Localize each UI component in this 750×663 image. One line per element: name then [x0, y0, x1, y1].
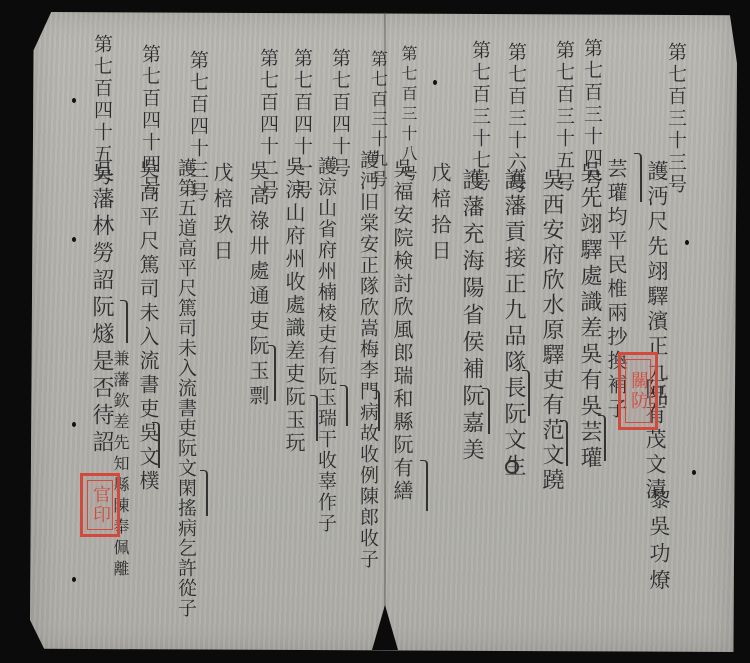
entry-body-738: 吳福安院検討欣風郎瑞和縣阮有繕 — [392, 158, 412, 503]
entry-body-741: 吳涼山府州收處識差吏阮玉玩 — [284, 156, 304, 455]
ink-dot — [72, 98, 76, 103]
ink-dot — [692, 470, 696, 475]
date-marker-9: 戊棓玖日 — [212, 162, 232, 266]
entry-body-743: 護第五道高平尺篤司未入流書吏阮文閑搖病乞許從子 — [176, 158, 195, 618]
circle-mark — [505, 460, 519, 474]
signature-line: 兼藩欽差先知縣陳奉佩離 — [112, 350, 128, 581]
entry-note-733: 黎吳功燎 — [648, 488, 669, 596]
entry-body-734: 吳先翊驛處識差吳有吳芸瓘 — [578, 160, 600, 472]
entry-body-737: 護藩充海陽省侯補阮嘉美 — [460, 168, 482, 465]
bracket-mark — [598, 415, 606, 461]
bracket-mark — [482, 388, 490, 434]
bracket-mark — [200, 470, 208, 516]
ink-dot — [685, 240, 689, 245]
bracket-mark — [268, 345, 276, 401]
bracket-mark — [340, 385, 348, 426]
bracket-mark — [420, 460, 428, 511]
red-seal-upper: 關防 — [618, 352, 658, 430]
ink-dot — [72, 422, 76, 427]
entry-body-742: 吳高祿卅處通吏阮玉剽 — [248, 160, 268, 410]
paper-tear — [372, 605, 398, 650]
red-seal-lower: 官印 — [80, 473, 120, 537]
entry-body-745: 吳藩林勞詔阮燧是否待詔 — [90, 160, 112, 457]
bracket-mark — [152, 422, 160, 468]
entry-body-735: 吳西安府欣水原驛吏有范文蹺 — [540, 168, 562, 493]
bracket-mark — [522, 370, 530, 416]
date-marker-10: 戊棓拾日 — [430, 162, 450, 266]
bracket-mark — [310, 395, 318, 441]
entry-body-739: 護沔旧棠安正隊欣嵩梅李門病故收例陳郎收子 — [358, 150, 377, 570]
entry-body-740: 護涼山省府州楠棱吏有阮玉瑞干收辜作子 — [316, 156, 335, 534]
bracket-mark — [560, 420, 568, 466]
ink-dot — [433, 80, 437, 85]
entry-body-736: 護藩貢接正九品隊長阮文生 — [502, 168, 524, 480]
bracket-mark — [372, 390, 380, 431]
bracket-mark — [120, 300, 128, 343]
ink-dot — [72, 577, 76, 582]
bracket-mark — [634, 153, 642, 202]
ink-dot — [72, 237, 76, 242]
